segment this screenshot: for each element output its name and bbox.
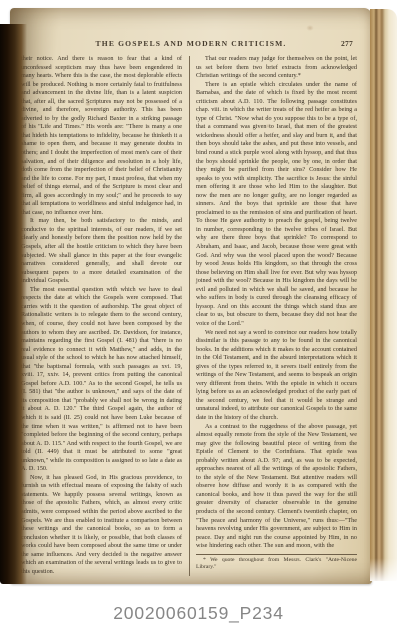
page-number: 277: [341, 39, 353, 48]
footnote-separator-rule: [196, 554, 357, 555]
footnote: * We quote throughout from Messrs. Clark…: [196, 557, 357, 572]
paragraph: As a contrast to the ruggedness of the a…: [196, 423, 357, 551]
scan-id-label: 20020060159_P234: [113, 603, 283, 624]
book-fore-edge: [370, 9, 397, 581]
right-column: That our readers may judge for themselve…: [196, 55, 357, 576]
paragraph: That our readers may judge for themselve…: [196, 55, 357, 81]
paragraph: It may then, be both satisfactory to the…: [21, 217, 182, 285]
column-divider-rule: [189, 56, 190, 576]
page-header: THE GOSPELS AND MODERN CRITICISM. 277: [10, 39, 372, 48]
scanner-background-strip: 20020060159_P234: [0, 587, 397, 640]
paragraph: their notice. And there is reason to fea…: [21, 55, 182, 217]
paragraph: Now, it has pleased God, in His gracious…: [21, 474, 182, 577]
page-body: their notice. And there is reason to fea…: [10, 55, 372, 576]
running-title: THE GOSPELS AND MODERN CRITICISM.: [96, 39, 287, 48]
scan-photo: THE GOSPELS AND MODERN CRITICISM. 277 th…: [0, 0, 397, 640]
paragraph: There is an epistle which circulates und…: [196, 81, 357, 329]
book-page: THE GOSPELS AND MODERN CRITICISM. 277 th…: [10, 8, 372, 584]
left-column: their notice. And there is reason to fea…: [21, 55, 182, 576]
paragraph: The most essential question with which w…: [21, 286, 182, 474]
paragraph: We need not say a word to convince our r…: [196, 329, 357, 423]
